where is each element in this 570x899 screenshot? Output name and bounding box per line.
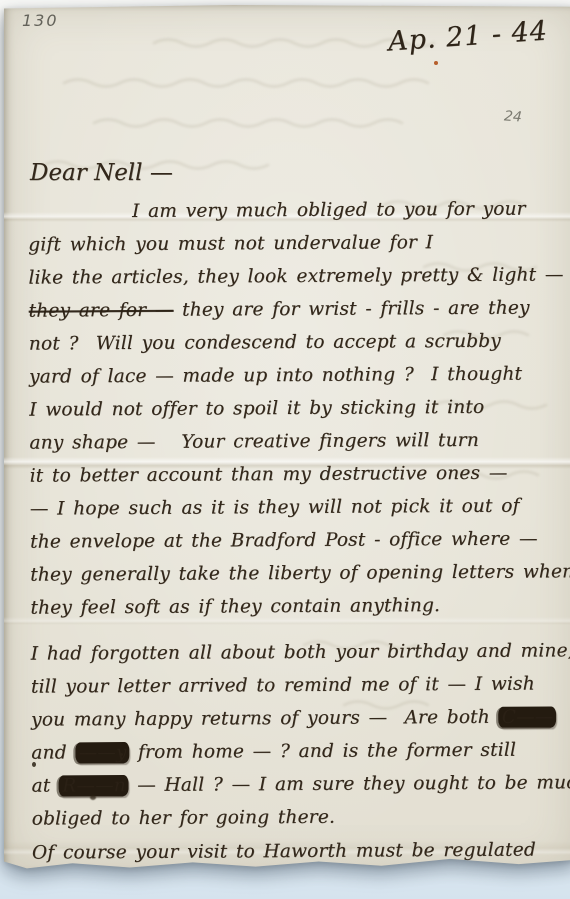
letter-line: till your letter arrived to remind me of…	[31, 667, 561, 703]
handwritten-text: I am very much obliged to you for your	[132, 199, 526, 222]
letter-page: 130 24 Ap. 21 - 44 Dear Nell — I am very…	[0, 0, 570, 899]
handwritten-text: you many happy returns of yours — Are bo…	[31, 707, 498, 731]
handwritten-text: — I hope such as it is they will not pic…	[30, 496, 520, 520]
letter-line: they are for — they are for wrist - fril…	[29, 291, 559, 327]
salutation: Dear Nell —	[30, 160, 173, 186]
letter-line: it to better account than my destructive…	[30, 456, 560, 492]
archival-pencil-mark: 24	[503, 108, 522, 125]
handwritten-text: from home — ? and is the former still	[129, 740, 516, 763]
letter-line: I had forgotten all about both your birt…	[31, 634, 561, 670]
handwritten-text: like the articles, they look extremely p…	[28, 264, 563, 288]
letter-line: gift which you must not undervalue for I	[28, 225, 558, 261]
letter-paragraph: I had forgotten all about both your birt…	[31, 634, 562, 835]
handwritten-text: they generally take the liberty of openi…	[30, 561, 570, 585]
handwritten-text: — Hall ? — I am sure they ought to be mu…	[129, 772, 570, 796]
handwritten-text: and	[31, 742, 75, 763]
handwritten-text: at	[31, 775, 59, 796]
letter-line: and ——y from home — ? and is the former …	[31, 733, 561, 769]
letter-line: Of course your visit to Haworth must be …	[32, 833, 562, 869]
ink-blot: R——n	[59, 775, 129, 796]
letter-paragraph: Of course your visit to Haworth must be …	[32, 833, 562, 869]
letter-line: they generally take the liberty of openi…	[30, 555, 560, 591]
letter-line: I would not offer to spoil it by stickin…	[29, 390, 559, 426]
letter-line: like the articles, they look extremely p…	[28, 258, 558, 294]
letter-line: — I hope such as it is they will not pic…	[30, 489, 560, 525]
letter-line: obliged to her for going there.	[32, 799, 562, 835]
handwritten-text: they are for wrist - frills - are they	[173, 298, 529, 321]
paper-sheet: 130 24 Ap. 21 - 44 Dear Nell — I am very…	[4, 5, 570, 871]
letter-line: yard of lace — made up into nothing ? I …	[29, 357, 559, 393]
handwritten-text: I would not offer to spoil it by stickin…	[29, 397, 484, 421]
letter-line: any shape — Your creative fingers will t…	[29, 423, 559, 459]
struck-out-text: they are for —	[29, 300, 174, 322]
date-inscription: Ap. 21 - 44	[387, 15, 549, 57]
letter-paragraph: I am very much obliged to you for yourgi…	[28, 192, 561, 624]
letter-line: the envelope at the Bradford Post - offi…	[30, 522, 560, 558]
letter-line: not ? Will you condescend to accept a sc…	[29, 324, 559, 360]
handwritten-text: till your letter arrived to remind me of…	[31, 674, 535, 698]
ink-blot: ——y	[75, 742, 129, 763]
handwritten-text: it to better account than my destructive…	[30, 463, 508, 487]
archival-page-number: 130	[22, 11, 59, 30]
handwritten-text: any shape — Your creative fingers will t…	[29, 430, 479, 454]
handwritten-text: gift which you must not undervalue for I	[28, 232, 433, 255]
letter-line: at R——n — Hall ? — I am sure they ought …	[31, 766, 561, 802]
handwritten-text: the envelope at the Bradford Post - offi…	[30, 529, 538, 553]
handwritten-text: Of course your visit to Haworth must be …	[32, 840, 536, 864]
ink-blot: C——	[498, 706, 556, 727]
handwritten-text: I had forgotten all about both your birt…	[31, 640, 570, 664]
paper-speck	[434, 61, 438, 65]
handwritten-text: yard of lace — made up into nothing ? I …	[29, 364, 522, 388]
handwritten-text: obliged to her for going there.	[32, 807, 335, 830]
letter-line: I am very much obliged to you for your	[28, 192, 558, 228]
letter-line: you many happy returns of yours — Are bo…	[31, 700, 561, 736]
handwritten-text: they feel soft as if they contain anythi…	[30, 595, 440, 619]
letter-body: I am very much obliged to you for yourgi…	[28, 192, 562, 869]
handwritten-text: not ? Will you condescend to accept a sc…	[29, 331, 501, 355]
letter-line: they feel soft as if they contain anythi…	[30, 588, 560, 624]
